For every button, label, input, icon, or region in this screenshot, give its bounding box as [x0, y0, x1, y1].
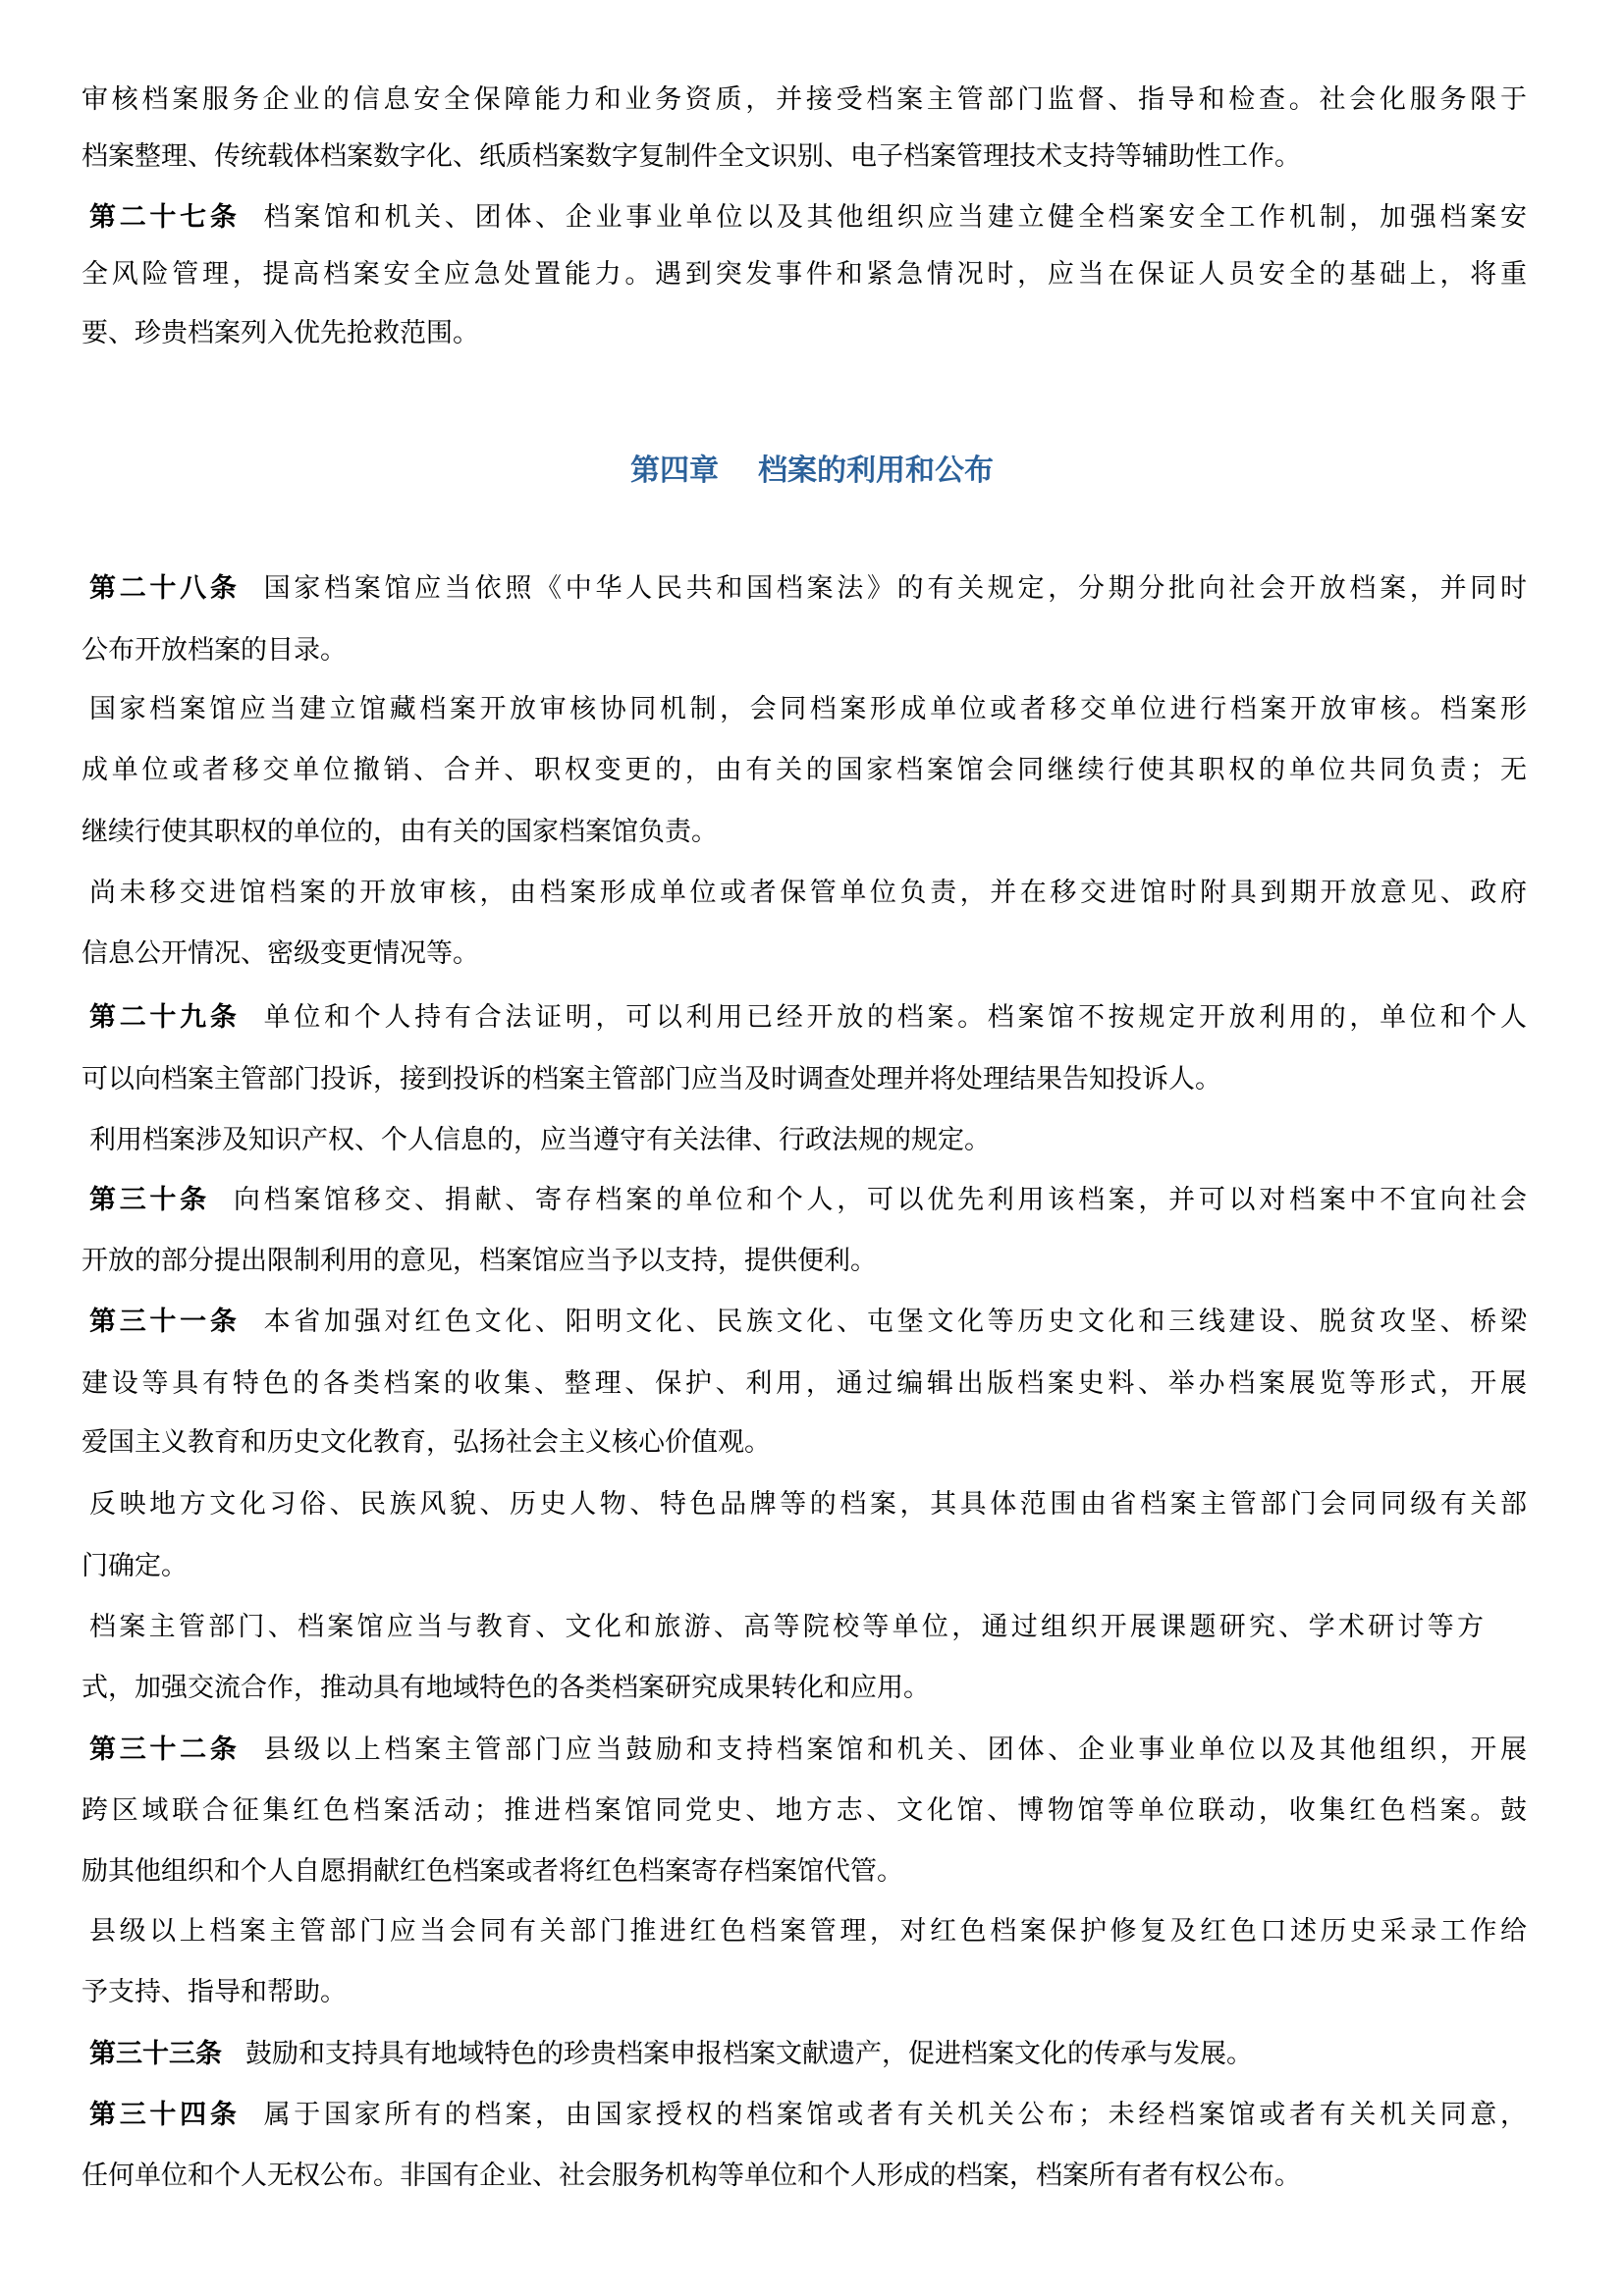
text-line: 审核档案服务企业的信息安全保障能力和业务资质，并接受档案主管部门监督、指导和检查…: [81, 83, 1527, 117]
article-label: 第三十三条: [89, 2039, 222, 2069]
line-text: 国家档案馆应当依照《中华人民共和国档案法》的有关规定，分期分批向社会开放档案，并…: [264, 573, 1527, 604]
text-line: 县级以上档案主管部门应当会同有关部门推进红色档案管理，对红色档案保护修复及红色口…: [89, 1915, 1527, 1949]
article-line: 第三十二条县级以上档案主管部门应当鼓励和支持档案馆和机关、团体、企业事业单位以及…: [89, 1734, 1527, 1767]
text-line: 继续行使其职权的单位的，由有关的国家档案馆负责。: [81, 816, 1527, 849]
text-line: 任何单位和个人无权公布。非国有企业、社会服务机构等单位和个人形成的档案，档案所有…: [81, 2160, 1527, 2193]
line-text: 公布开放档案的目录。: [81, 635, 347, 666]
line-text: 开放的部分提出限制利用的意见，档案馆应当予以支持，提供便利。: [81, 1246, 877, 1276]
line-text: 审核档案服务企业的信息安全保障能力和业务资质，并接受档案主管部门监督、指导和检查…: [81, 84, 1527, 115]
line-text: 予支持、指导和帮助。: [81, 1977, 347, 2007]
text-line: 档案整理、传统载体档案数字化、纸质档案数字复制件全文识别、电子档案管理技术支持等…: [81, 140, 1527, 174]
line-text: 档案主管部门、档案馆应当与教育、文化和旅游、高等院校等单位，通过组织开展课题研究…: [89, 1612, 1484, 1642]
text-line: 反映地方文化习俗、民族风貌、历史人物、特色品牌等的档案，其具体范围由省档案主管部…: [89, 1488, 1527, 1522]
line-text: 反映地方文化习俗、民族风貌、历史人物、特色品牌等的档案，其具体范围由省档案主管部…: [89, 1489, 1527, 1520]
text-line: 式，加强交流合作，推动具有地域特色的各类档案研究成果转化和应用。: [81, 1672, 1527, 1705]
text-line: 予支持、指导和帮助。: [81, 1976, 1527, 2009]
article-line: 第二十九条单位和个人持有合法证明，可以利用已经开放的档案。档案馆不按规定开放利用…: [89, 1001, 1527, 1035]
article-line: 第三十条向档案馆移交、捐献、寄存档案的单位和个人，可以优先利用该档案，并可以对档…: [89, 1184, 1527, 1217]
line-text: 鼓励和支持具有地域特色的珍贵档案申报档案文献遗产，促进档案文化的传承与发展。: [245, 2039, 1253, 2069]
article-label: 第二十九条: [89, 1002, 241, 1033]
line-text: 尚未移交进馆档案的开放审核，由档案形成单位或者保管单位负责，并在移交进馆时附具到…: [89, 878, 1527, 908]
text-line: 尚未移交进馆档案的开放审核，由档案形成单位或者保管单位负责，并在移交进馆时附具到…: [89, 877, 1527, 910]
text-line: 信息公开情况、密级变更情况等。: [81, 937, 1527, 971]
line-text: 单位和个人持有合法证明，可以利用已经开放的档案。档案馆不按规定开放利用的，单位和…: [264, 1002, 1527, 1033]
article-label: 第三十四条: [89, 2100, 241, 2130]
chapter-title: 档案的利用和公布: [758, 454, 994, 488]
text-line: 档案主管部门、档案馆应当与教育、文化和旅游、高等院校等单位，通过组织开展课题研究…: [89, 1611, 1484, 1644]
line-text: 档案馆和机关、团体、企业事业单位以及其他组织应当建立健全档案安全工作机制，加强档…: [264, 202, 1527, 233]
text-line: 要、珍贵档案列入优先抢救范围。: [81, 317, 1527, 350]
article-line: 第三十一条本省加强对红色文化、阳明文化、民族文化、屯堡文化等历史文化和三线建设、…: [89, 1306, 1527, 1339]
text-line: 成单位或者移交单位撤销、合并、职权变更的，由有关的国家档案馆会同继续行使其职权的…: [81, 754, 1527, 787]
line-text: 本省加强对红色文化、阳明文化、民族文化、屯堡文化等历史文化和三线建设、脱贫攻坚、…: [264, 1307, 1527, 1337]
article-line: 第二十八条国家档案馆应当依照《中华人民共和国档案法》的有关规定，分期分批向社会开…: [89, 572, 1527, 606]
text-line: 爱国主义教育和历史文化教育，弘扬社会主义核心价值观。: [81, 1426, 1527, 1460]
line-text: 县级以上档案主管部门应当会同有关部门推进红色档案管理，对红色档案保护修复及红色口…: [89, 1916, 1527, 1947]
line-text: 档案整理、传统载体档案数字化、纸质档案数字复制件全文识别、电子档案管理技术支持等…: [81, 141, 1301, 172]
line-text: 信息公开情况、密级变更情况等。: [81, 938, 479, 969]
text-line: 利用档案涉及知识产权、个人信息的，应当遵守有关法律、行政法规的规定。: [89, 1124, 1527, 1157]
line-text: 爱国主义教育和历史文化教育，弘扬社会主义核心价值观。: [81, 1427, 771, 1458]
text-line: 开放的部分提出限制利用的意见，档案馆应当予以支持，提供便利。: [81, 1245, 1527, 1278]
text-line: 门确定。: [81, 1550, 1527, 1583]
article-label: 第三十一条: [89, 1307, 241, 1337]
line-text: 要、珍贵档案列入优先抢救范围。: [81, 318, 479, 348]
chapter-heading: 第四章档案的利用和公布: [0, 454, 1624, 489]
line-text: 县级以上档案主管部门应当鼓励和支持档案馆和机关、团体、企业事业单位以及其他组织，…: [264, 1735, 1527, 1765]
line-text: 利用档案涉及知识产权、个人信息的，应当遵守有关法律、行政法规的规定。: [89, 1125, 991, 1155]
article-line: 第二十七条档案馆和机关、团体、企业事业单位以及其他组织应当建立健全档案安全工作机…: [89, 201, 1527, 235]
line-text: 继续行使其职权的单位的，由有关的国家档案馆负责。: [81, 817, 718, 847]
text-line: 跨区域联合征集红色档案活动；推进档案馆同党史、地方志、文化馆、博物馆等单位联动，…: [81, 1794, 1527, 1828]
text-line: 可以向档案主管部门投诉，接到投诉的档案主管部门应当及时调查处理并将处理结果告知投…: [81, 1063, 1527, 1096]
article-label: 第三十二条: [89, 1735, 241, 1765]
text-line: 公布开放档案的目录。: [81, 634, 1527, 667]
line-text: 门确定。: [81, 1551, 188, 1581]
line-text: 跨区域联合征集红色档案活动；推进档案馆同党史、地方志、文化馆、博物馆等单位联动，…: [81, 1795, 1527, 1826]
line-text: 全风险管理，提高档案安全应急处置能力。遇到突发事件和紧急情况时，应当在保证人员安…: [81, 259, 1527, 290]
article-label: 第二十七条: [89, 202, 241, 233]
text-line: 建设等具有特色的各类档案的收集、整理、保护、利用，通过编辑出版档案史料、举办档案…: [81, 1367, 1527, 1401]
line-text: 成单位或者移交单位撤销、合并、职权变更的，由有关的国家档案馆会同继续行使其职权的…: [81, 755, 1527, 785]
article-label: 第二十八条: [89, 573, 241, 604]
line-text: 励其他组织和个人自愿捐献红色档案或者将红色档案寄存档案馆代管。: [81, 1856, 903, 1887]
article-line: 第三十四条属于国家所有的档案，由国家授权的档案馆或者有关机关公布；未经档案馆或者…: [89, 2099, 1527, 2132]
line-text: 可以向档案主管部门投诉，接到投诉的档案主管部门应当及时调查处理并将处理结果告知投…: [81, 1064, 1221, 1095]
line-text: 属于国家所有的档案，由国家授权的档案馆或者有关机关公布；未经档案馆或者有关机关同…: [264, 2100, 1527, 2130]
line-text: 式，加强交流合作，推动具有地域特色的各类档案研究成果转化和应用。: [81, 1673, 930, 1703]
line-text: 建设等具有特色的各类档案的收集、整理、保护、利用，通过编辑出版档案史料、举办档案…: [81, 1368, 1527, 1399]
article-label: 第三十条: [89, 1185, 210, 1215]
line-text: 向档案馆移交、捐献、寄存档案的单位和个人，可以优先利用该档案，并可以对档案中不宜…: [234, 1185, 1527, 1215]
text-line: 励其他组织和个人自愿捐献红色档案或者将红色档案寄存档案馆代管。: [81, 1855, 1527, 1889]
chapter-number: 第四章: [630, 454, 719, 488]
text-line: 全风险管理，提高档案安全应急处置能力。遇到突发事件和紧急情况时，应当在保证人员安…: [81, 258, 1527, 292]
text-line: 国家档案馆应当建立馆藏档案开放审核协同机制，会同档案形成单位或者移交单位进行档案…: [89, 693, 1527, 726]
line-text: 任何单位和个人无权公布。非国有企业、社会服务机构等单位和个人形成的档案，档案所有…: [81, 2161, 1301, 2191]
line-text: 国家档案馆应当建立馆藏档案开放审核协同机制，会同档案形成单位或者移交单位进行档案…: [89, 694, 1527, 724]
article-line: 第三十三条鼓励和支持具有地域特色的珍贵档案申报档案文献遗产，促进档案文化的传承与…: [89, 2038, 1527, 2071]
